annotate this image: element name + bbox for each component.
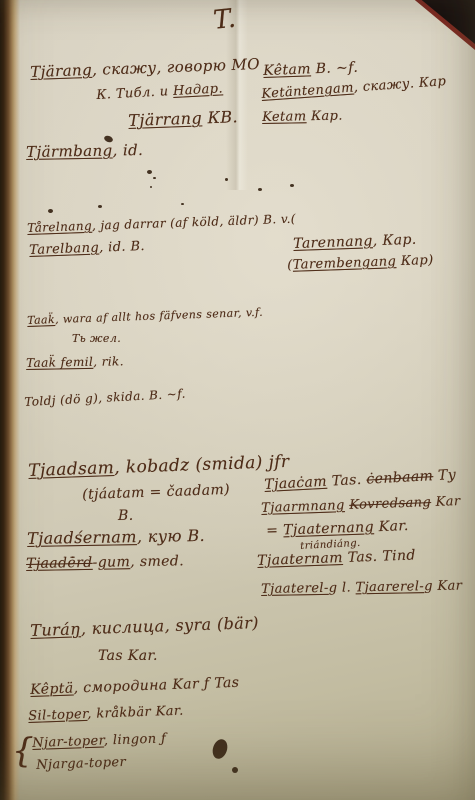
handwriting-text: =	[266, 522, 284, 539]
handwriting-text: Кар)	[396, 253, 434, 269]
handwriting-text: КВ.	[202, 107, 239, 127]
handwriting-text: Njarga-toper	[36, 755, 126, 773]
handwriting-text: Sil-toper	[28, 707, 88, 724]
handwriting-text: Turáŋ	[30, 619, 81, 640]
book-binding-edge	[0, 0, 20, 800]
handwriting-text: , rik.	[93, 354, 124, 369]
handwriting-text: T.	[212, 4, 238, 36]
handwriting-text: Tjaarerel-	[355, 579, 424, 595]
handwriting-text: Kêtam	[263, 61, 311, 79]
handwriting-text: , id. B.	[99, 239, 145, 256]
handwriting-text: Tas. Tind	[343, 547, 416, 566]
handwriting-text: Taak̈ femil	[26, 355, 93, 370]
handwriting-text: Kêptä	[30, 680, 74, 698]
handwriting-text: , smed.	[130, 553, 184, 570]
handwriting-text: Tjärrang	[128, 108, 202, 130]
ink-blot	[232, 767, 238, 773]
entry-taak-note: Ть жел.	[72, 332, 121, 345]
handwriting-text: Tjaaternang	[283, 519, 374, 538]
handwriting-text: Надар.	[173, 81, 224, 99]
handwriting-text: B. v.(	[263, 212, 296, 227]
entry-ketam: Kêtam B. ~f.	[263, 60, 358, 79]
ink-blot	[225, 178, 228, 181]
handwriting-text: Tjaaċam	[264, 474, 327, 493]
handwriting-text: Tjaaterel-	[261, 581, 329, 597]
entry-tjarmbang: Tjärmbang, id.	[26, 141, 143, 161]
handwriting-text: Tjaadsam	[28, 458, 115, 481]
handwriting-text: Ть жел.	[72, 332, 121, 345]
handwriting-text: Kar.	[374, 518, 409, 535]
handwriting-text: Ketam	[262, 109, 307, 125]
handwriting-text: Tas Kar.	[98, 648, 158, 664]
handwriting-text: , Кар.	[372, 232, 416, 250]
entry-taak-femil: Taak̈ femil, rik.	[26, 354, 124, 370]
handwriting-text: Кар.	[306, 109, 343, 125]
handwriting-text: Tjärang	[30, 61, 92, 81]
entry-njarga-toper: Njarga-toper	[36, 755, 126, 773]
ink-blot	[153, 177, 156, 179]
entry-turang-ref: Tas Kar.	[98, 648, 158, 664]
entry-ketam-kar: Ketam Кар.	[262, 109, 343, 125]
entry-tjarrang: Tjärrang КВ.	[128, 107, 238, 130]
handwriting-text: Tårelnang	[27, 219, 92, 235]
ink-blot	[258, 188, 262, 191]
handwriting-text: Taak̈	[27, 313, 55, 327]
ink-blot	[147, 170, 152, 174]
handwriting-text: Tjaadė̄rd	[26, 555, 93, 572]
handwriting-text: Njar-toper	[32, 734, 104, 751]
entry-tjaaderd-gum: Tjaadė̄rd-gum, smed.	[26, 553, 184, 572]
handwriting-text: Tjaarmnang	[261, 498, 345, 516]
handwriting-text: , кую B.	[137, 526, 206, 546]
handwriting-text: gum	[98, 554, 131, 571]
manuscript-photo: T.Tjärang, скажу, говорю МОК. Тибл. и На…	[0, 0, 475, 800]
handwriting-text: Kovredsang	[349, 495, 431, 513]
ink-blot	[98, 205, 102, 208]
handwriting-text: B.	[118, 508, 134, 524]
handwriting-text: , id.	[112, 141, 143, 160]
handwriting-text: Tjaadśernam	[27, 527, 137, 548]
handwriting-text: Tjaaternam	[257, 550, 343, 569]
ink-blot	[290, 184, 294, 187]
ink-blot	[48, 209, 53, 213]
handwriting-text: , lingon ƒ	[104, 731, 167, 748]
entry-tjaadsernam: Tjaadśernam, кую B.	[27, 526, 205, 548]
header-letter: T.	[212, 4, 238, 36]
ink-blot	[181, 203, 184, 205]
handwriting-text: Ty	[433, 467, 457, 484]
handwriting-text: g Kar	[424, 578, 462, 594]
ink-blot	[150, 186, 152, 188]
entry-brace: {	[12, 731, 34, 771]
handwriting-text: {	[12, 731, 34, 771]
handwriting-text: Tarennang	[293, 233, 373, 252]
handwriting-text: Tarelbang	[29, 241, 99, 258]
handwriting-text: Tas.	[327, 472, 367, 490]
handwriting-text: Tjärmbang	[26, 141, 113, 161]
entry-tjaadsam-b: B.	[118, 508, 134, 524]
handwriting-text: Kar	[431, 494, 461, 510]
handwriting-text: g l.	[329, 580, 356, 595]
handwriting-text: B. ~f.	[311, 60, 359, 78]
